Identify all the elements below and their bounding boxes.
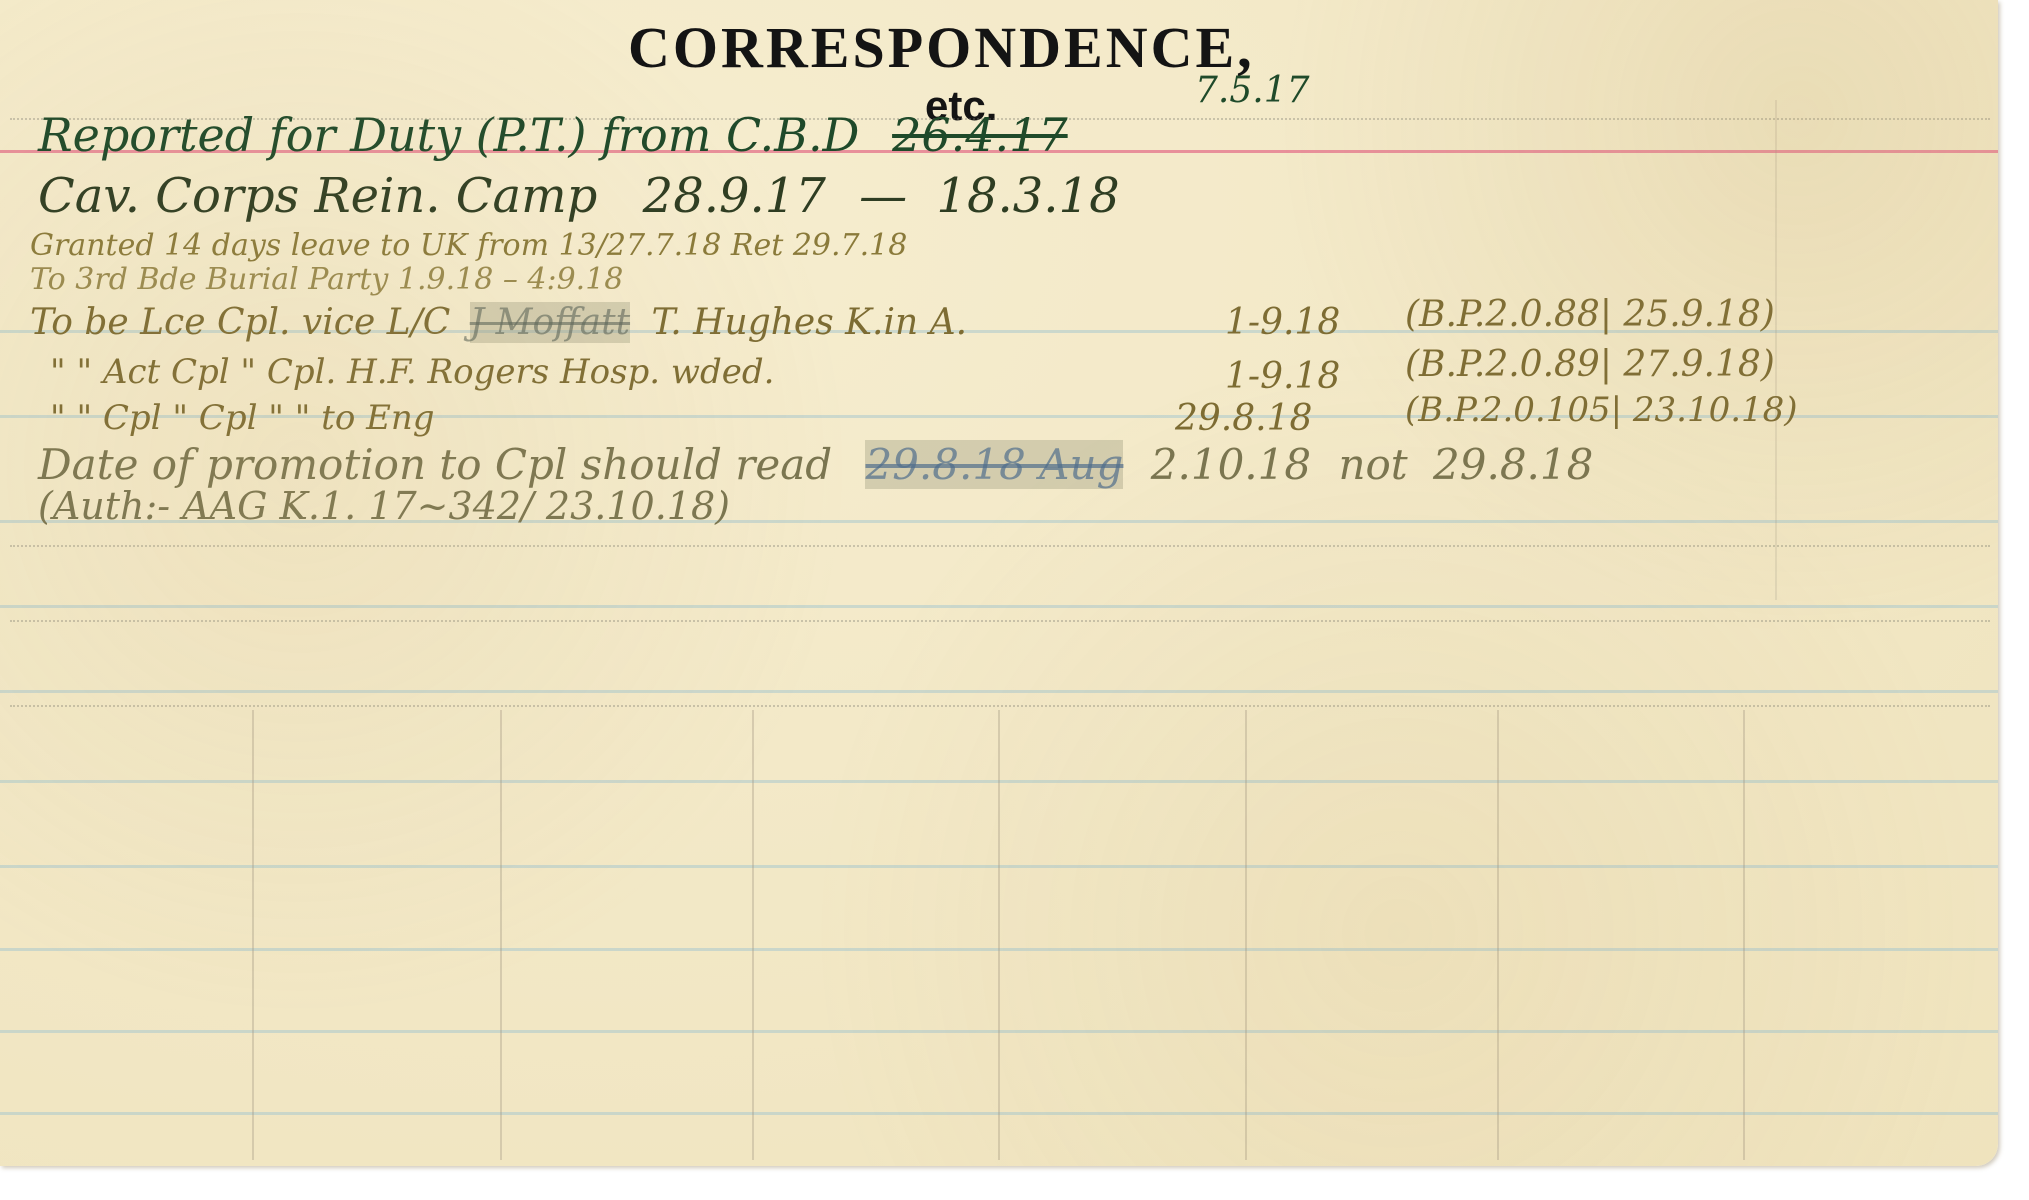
struck-date: 26.4.17 bbox=[892, 108, 1068, 162]
entry-reference: (B.P.2.0.89| 27.9.18) bbox=[1405, 344, 1775, 385]
entry-text: Cav. Corps Rein. Camp bbox=[38, 168, 597, 224]
column-rule bbox=[752, 710, 754, 1160]
date-from: 28.9.17 bbox=[643, 168, 826, 224]
entry-text: T. Hughes K.in A. bbox=[652, 302, 968, 343]
dotted-rule bbox=[10, 705, 1990, 707]
column-rule bbox=[252, 710, 254, 1160]
correct-date: 2.10.18 bbox=[1151, 440, 1311, 489]
ruled-line bbox=[0, 605, 1998, 608]
entry-text: Date of promotion to Cpl should read bbox=[38, 440, 832, 489]
date-dash: — bbox=[859, 168, 907, 224]
entry-cav-corps-camp: Cav. Corps Rein. Camp 28.9.17 — 18.3.18 bbox=[38, 168, 1120, 224]
entry-text: To be Lce Cpl. vice L/C bbox=[30, 302, 450, 343]
column-rule bbox=[1743, 710, 1745, 1160]
entry-act-cpl: " " Act Cpl " Cpl. H.F. Rogers Hosp. wde… bbox=[50, 352, 774, 392]
entry-burial-party: To 3rd Bde Burial Party 1.9.18 – 4:9.18 bbox=[30, 262, 623, 297]
ruled-line bbox=[0, 690, 1998, 693]
service-record-card: CORRESPONDENCE, etc. Reported for Duty (… bbox=[0, 0, 1998, 1166]
column-rule bbox=[998, 710, 1000, 1160]
entry-reported-for-duty: Reported for Duty (P.T.) from C.B.D 26.4… bbox=[38, 108, 1068, 162]
entry-date: 29.8.18 bbox=[1175, 398, 1312, 439]
entry-date: 1-9.18 bbox=[1225, 302, 1340, 343]
entry-date: 1-9.18 bbox=[1225, 356, 1340, 397]
column-rule bbox=[1245, 710, 1247, 1160]
struck-date: 29.8.18 Aug bbox=[865, 440, 1123, 489]
entry-leave: Granted 14 days leave to UK from 13/27.7… bbox=[30, 228, 907, 263]
date-to: 18.3.18 bbox=[936, 168, 1119, 224]
corrected-date: 7.5.17 bbox=[1195, 70, 1310, 111]
entry-lce-cpl: To be Lce Cpl. vice L/C J Moffatt T. Hug… bbox=[30, 302, 967, 343]
entry-text: Reported for Duty (P.T.) from C.B.D bbox=[38, 108, 859, 162]
dotted-rule bbox=[10, 620, 1990, 622]
wrong-date: 29.8.18 bbox=[1433, 440, 1593, 489]
entry-cpl: " " Cpl " Cpl " " to Eng bbox=[50, 398, 435, 438]
entry-reference: (B.P.2.0.88| 25.9.18) bbox=[1405, 294, 1775, 335]
column-rule bbox=[1497, 710, 1499, 1160]
not-text: not bbox=[1338, 440, 1407, 489]
struck-name: J Moffatt bbox=[470, 302, 630, 343]
entry-promotion-date-correction: Date of promotion to Cpl should read 29.… bbox=[38, 440, 1593, 489]
entry-authority: (Auth:- AAG K.1. 17~342/ 23.10.18) bbox=[38, 484, 730, 528]
card-title: CORRESPONDENCE, bbox=[628, 14, 1255, 81]
dotted-rule bbox=[10, 545, 1990, 547]
column-rule bbox=[500, 710, 502, 1160]
entry-reference: (B.P.2.0.105| 23.10.18) bbox=[1405, 390, 1798, 430]
column-rule bbox=[1775, 100, 1777, 600]
